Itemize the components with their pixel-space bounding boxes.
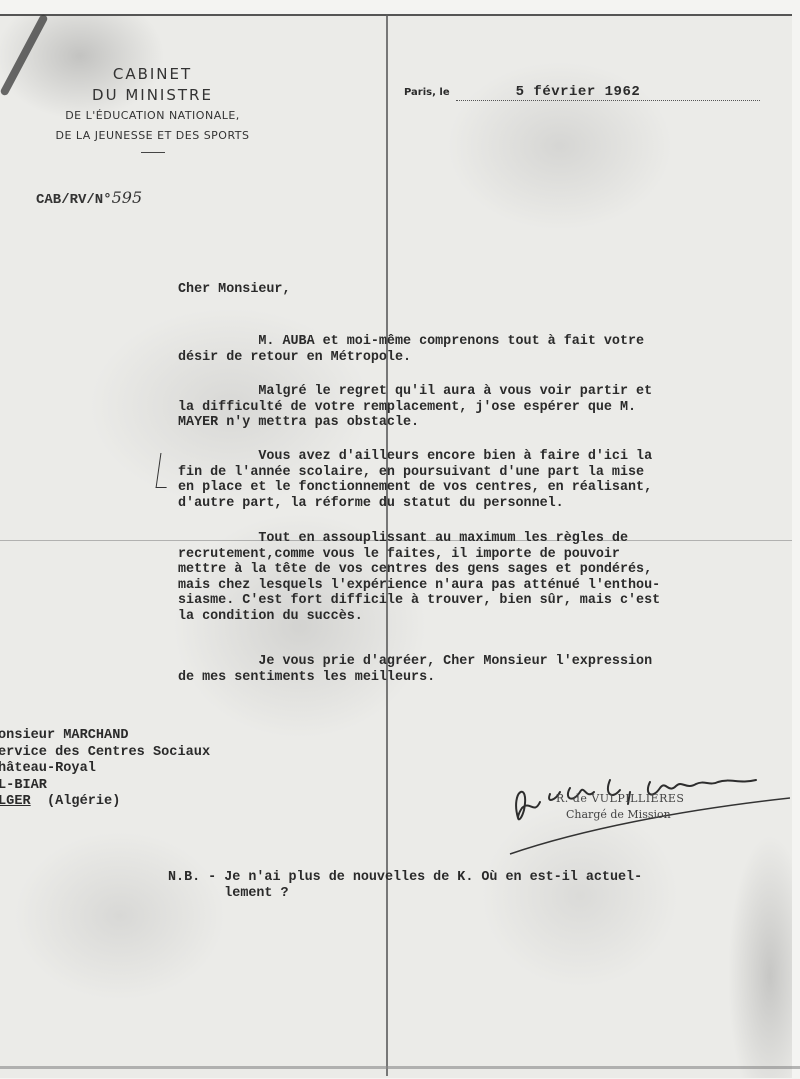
letterhead-line-2: DU MINISTRE — [30, 84, 275, 106]
paragraph-1: M. AUBA et moi-même comprenons tout à fa… — [178, 334, 778, 365]
reference-handwritten-number: 595 — [112, 188, 143, 207]
postscript: N.B. - Je n'ai plus de nouvelles de K. O… — [168, 870, 642, 901]
recipient-city: LGER — [0, 794, 31, 809]
page-bottom-edge — [0, 1066, 800, 1069]
signatory-name: R. de VULPILLIERES — [556, 792, 684, 805]
recipient-service: ervice des Centres Sociaux — [0, 745, 210, 760]
recipient-country: (Algérie) — [31, 794, 121, 809]
signatory-title: Chargé de Mission — [566, 808, 671, 821]
recipient-building: hâteau-Royal — [0, 761, 96, 776]
letterhead-line-1: CABINET — [30, 64, 275, 84]
letterhead-line-4: DE LA JEUNESSE ET DES SPORTS — [30, 126, 275, 146]
date-line: Paris, le 5 février 1962 — [404, 84, 760, 101]
letterhead-line-3: DE L'ÉDUCATION NATIONALE, — [30, 106, 275, 126]
paragraph-2: Malgré le regret qu'il aura à vous voir … — [178, 384, 778, 431]
recipient-name: onsieur MARCHAND — [0, 728, 129, 743]
reference-prefix: CAB/RV/N° — [36, 192, 112, 208]
letterhead-rule — [141, 152, 165, 153]
paragraph-4: Tout en assouplissant au maximum les règ… — [178, 531, 778, 624]
recipient-address: onsieur MARCHAND ervice des Centres Soci… — [0, 728, 210, 811]
signature-block: R. de VULPILLIERES Chargé de Mission — [500, 770, 790, 860]
date-value: 5 février 1962 — [456, 84, 761, 101]
recipient-town: L-BIAR — [0, 778, 47, 793]
paragraph-3: Vous avez d'ailleurs encore bien à faire… — [178, 449, 778, 511]
letterhead: CABINET DU MINISTRE DE L'ÉDUCATION NATIO… — [30, 64, 275, 153]
salutation: Cher Monsieur, — [178, 282, 778, 298]
closing-paragraph: Je vous prie d'agréer, Cher Monsieur l'e… — [178, 654, 778, 685]
date-prefix: Paris, le — [404, 87, 450, 98]
reference-number: CAB/RV/N°595 — [36, 188, 142, 208]
